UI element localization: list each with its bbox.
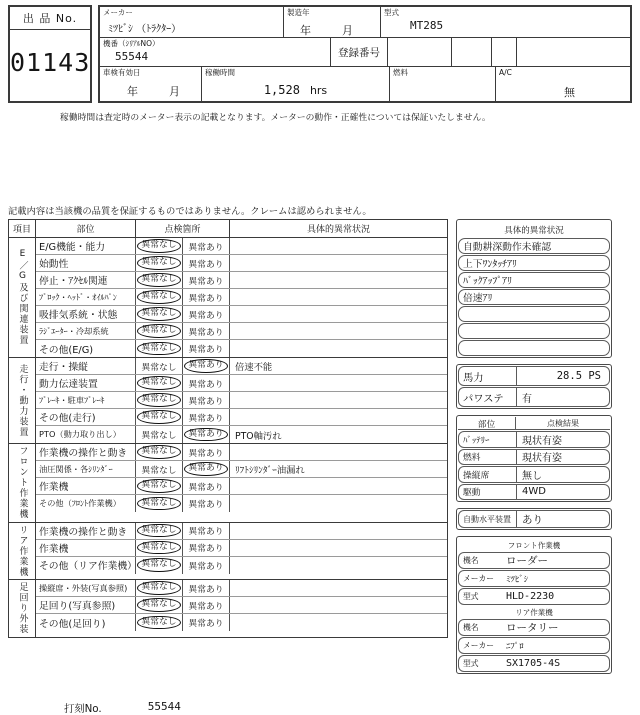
section-item-label: フロント作業機 (9, 444, 36, 522)
header-item: 項目 (9, 220, 36, 237)
ng-mark: 異常あり (185, 446, 226, 459)
inspection-row: 始動性異常なし異常あり (36, 255, 447, 272)
ng-mark: 異常あり (185, 308, 226, 321)
ok-mark: 異常なし (137, 524, 180, 538)
ok-mark: 異常なし (137, 307, 180, 321)
lv-label: 駆動 (459, 485, 517, 500)
ng-cell: 異常あり (183, 614, 230, 631)
inspection-row: PTO（動力取り出し）異常なし異常ありPTO軸汚れ (36, 426, 447, 443)
machine-info-table: メーカー ﾐﾂﾋﾞｼ （ﾄﾗｸﾀｰ） 製造年 年 月 型式 MT285 機番（ｼ… (98, 5, 632, 103)
section-rows: 作業機の操作と動き異常なし異常あり作業機異常なし異常ありその他（リア作業機）異常… (36, 523, 447, 580)
part-name: その他(足回り) (36, 614, 136, 631)
power-box: 馬力28.5 PSパワステ有 (456, 364, 612, 409)
inspection-row: その他(走行)異常なし異常あり (36, 409, 447, 426)
ok-cell: 異常なし (136, 557, 183, 574)
ok-cell: 異常なし (136, 597, 183, 613)
abnormal-remark (230, 444, 447, 460)
lv-value: ロータリー (501, 620, 609, 635)
ng-cell: 異常あり (183, 272, 230, 288)
ng-mark: 異常あり (185, 411, 226, 424)
main-content: 項目 部位 点検箇所 具体的異常状況 E／G及び関連装置E/G機能・能力異常なし… (8, 219, 632, 674)
operating-hours-value: 1,528hrs (205, 83, 386, 97)
fuel-label: 燃料 (393, 68, 492, 77)
ng-cell: 異常あり (183, 323, 230, 339)
ac-value: 無 (499, 84, 627, 100)
part-name: その他（リア作業機） (36, 557, 136, 574)
ok-mark: 異常なし (137, 616, 180, 630)
lv-label: メーカー (459, 638, 501, 653)
ng-cell: 異常あり (183, 557, 230, 574)
ok-mark: 異常なし (137, 479, 180, 493)
ng-cell: 異常あり (183, 306, 230, 322)
manufacture-year-cell: 製造年 年 月 (284, 7, 381, 37)
check-result-header: 部位 点検結果 (458, 417, 610, 430)
meter-note: 稼働時間は査定時のメーター表示の記載となります。メーターの動作・正確性については… (60, 110, 632, 123)
abnormal-remark: PTO軸汚れ (230, 426, 447, 443)
inspection-expiry-cell: 車検有効日 年 月 (100, 67, 202, 101)
lv-value: ﾐﾂﾋﾞｼ (501, 571, 609, 586)
lv-value: ローダー (501, 553, 609, 568)
rear-implement-title: リア作業機 (458, 605, 610, 619)
section-item-label: 足回り外装 (9, 580, 36, 637)
ng-mark: 異常あり (185, 377, 226, 390)
check-result-header-label: 点検結果 (516, 417, 610, 429)
manufacture-year-value: 年 月 (287, 22, 377, 37)
ok-mark: 異常なし (137, 273, 180, 287)
inspection-row: 走行・操縦異常なし異常あり倍速不能 (36, 358, 447, 375)
maker-label: メーカー (103, 8, 280, 17)
abnormal-status-box: 具体的異常状況 自動耕深動作未確認上下ﾜﾝﾀｯﾁｱﾘﾊﾞｯｸｱｯﾌﾟｱﾘ倍速ｱﾘ (456, 219, 612, 358)
inspection-row: 作業機の操作と動き異常なし異常あり (36, 523, 447, 540)
part-name: その他(E/G) (36, 340, 136, 357)
ok-cell: 異常なし (136, 495, 183, 512)
ng-mark: 異常あり (185, 541, 226, 554)
section-rows: 作業機の操作と動き異常なし異常あり油圧関係・各ｼﾘﾝﾀﾞｰ異常なし異常ありﾘﾌﾄ… (36, 444, 447, 522)
inspection-row: 足回り(写真参照)異常なし異常あり (36, 597, 447, 614)
ng-cell: 異常あり (183, 478, 230, 494)
ng-cell: 異常あり (183, 444, 230, 460)
inspection-row: 停止・ｱｸｾﾙ関連異常なし異常あり (36, 272, 447, 289)
lv-row: 馬力28.5 PS (458, 366, 610, 386)
inspection-row: 動力伝達装置異常なし異常あり (36, 375, 447, 392)
header-detail: 具体的異常状況 (230, 220, 447, 237)
lv-row: 機名ロータリー (458, 619, 610, 636)
registration-no-cell: 登録番号 (331, 38, 388, 66)
lv-row: メーカーﾆﾌﾟﾛ (458, 637, 610, 654)
serial-no-label: 機番（ｼﾘｱﾙNO） (103, 39, 327, 48)
abnormal-remark (230, 495, 447, 512)
lv-row: ﾊﾞｯﾃﾘｰ現状有姿 (458, 431, 610, 448)
hours-number: 1,528 (264, 83, 300, 97)
ng-mark: 異常あり (184, 428, 227, 442)
registration-no-label: 登録番号 (338, 45, 380, 60)
part-name: PTO（動力取り出し） (36, 426, 136, 443)
header-point: 点検箇所 (136, 220, 230, 237)
abnormal-remark (230, 523, 447, 539)
ok-cell: 異常なし (136, 255, 183, 271)
model-label: 型式 (384, 8, 627, 17)
ok-cell: 異常なし (136, 306, 183, 322)
ng-cell: 異常あり (183, 255, 230, 271)
part-name: 操縦席・外装(写真参照) (36, 580, 136, 596)
lv-label: 型式 (459, 589, 501, 604)
lv-row: 駆動4WD (458, 484, 610, 501)
abnormal-remark (230, 557, 447, 574)
ok-cell: 異常なし (136, 409, 183, 425)
ok-mark: 異常なし (137, 541, 180, 555)
part-name: 作業機 (36, 478, 136, 494)
ok-mark: 異常なし (137, 256, 180, 270)
power-rows: 馬力28.5 PSパワステ有 (458, 366, 610, 407)
section-item-label: E／G及び関連装置 (9, 238, 36, 357)
implement-box: フロント作業機 機名ローダーメーカーﾐﾂﾋﾞｼ型式HLD-2230 リア作業機 … (456, 536, 612, 674)
ng-mark: 異常あり (185, 257, 226, 270)
abnormal-remark: ﾘﾌﾄｼﾘﾝﾀﾞｰ油漏れ (230, 461, 447, 477)
lv-value: 現状有姿 (517, 450, 609, 465)
ng-cell: 異常あり (183, 495, 230, 512)
operating-hours-label: 稼働時間 (205, 68, 386, 77)
lv-label: ﾊﾞｯﾃﾘｰ (459, 432, 517, 447)
inspection-row: その他(足回り)異常なし異常あり (36, 614, 447, 631)
abnormal-remark (230, 306, 447, 322)
inspection-section: リア作業機作業機の操作と動き異常なし異常あり作業機異常なし異常ありその他（リア作… (9, 523, 447, 581)
ok-mark: 異常なし (138, 360, 179, 373)
ok-cell: 異常なし (136, 375, 183, 391)
abnormal-item: ﾊﾞｯｸｱｯﾌﾟｱﾘ (458, 272, 610, 288)
inspection-section: フロント作業機作業機の操作と動き異常なし異常あり油圧関係・各ｼﾘﾝﾀﾞｰ異常なし… (9, 444, 447, 523)
stamp-no-value: 55544 (148, 700, 181, 715)
lv-label: パワステ (459, 388, 517, 406)
inspection-row: 作業機異常なし異常あり (36, 478, 447, 495)
ng-cell: 異常あり (183, 375, 230, 391)
lv-row: パワステ有 (458, 387, 610, 407)
ok-mark: 異常なし (137, 581, 180, 595)
inspection-row: ﾌﾞﾛｯｸ・ﾍｯﾄﾞ・ｵｲﾙﾊﾟﾝ異常なし異常あり (36, 289, 447, 306)
ok-cell: 異常なし (136, 289, 183, 305)
inspection-row: その他（ﾌﾛﾝﾄ作業機）異常なし異常あり (36, 495, 447, 512)
ok-mark: 異常なし (137, 376, 180, 390)
lv-value: 28.5 PS (517, 367, 609, 385)
lv-label: メーカー (459, 571, 501, 586)
ng-cell: 異常あり (183, 540, 230, 556)
ng-mark: 異常あり (185, 342, 226, 355)
serial-no-cell: 機番（ｼﾘｱﾙNO） 55544 (100, 38, 331, 66)
ng-mark: 異常あり (185, 240, 226, 253)
inspection-row: E/G機能・能力異常なし異常あり (36, 238, 447, 255)
ok-cell: 異常なし (136, 272, 183, 288)
lv-label: 馬力 (459, 367, 517, 385)
ng-cell: 異常あり (183, 238, 230, 254)
lv-label: 型式 (459, 656, 501, 671)
abnormal-remark: 倍速不能 (230, 358, 447, 374)
inspection-row: その他(E/G)異常なし異常あり (36, 340, 447, 357)
part-name: 作業機の操作と動き (36, 444, 136, 460)
part-name: ﾗｼﾞｴｰﾀｰ・冷却系統 (36, 323, 136, 339)
info-row-3: 車検有効日 年 月 稼働時間 1,528hrs 燃料 A/C 無 (100, 67, 630, 101)
empty-cell (388, 38, 452, 66)
part-name: ﾌﾞﾚｰｷ・駐車ﾌﾞﾚｰｷ (36, 392, 136, 408)
ok-mark: 異常なし (137, 342, 180, 356)
part-name: 油圧関係・各ｼﾘﾝﾀﾞｰ (36, 461, 136, 477)
empty-cell (517, 38, 630, 66)
maker-cell: メーカー ﾐﾂﾋﾞｼ （ﾄﾗｸﾀｰ） (100, 7, 284, 37)
lv-row: 操縦席無し (458, 466, 610, 483)
inspection-section: 走行・動力装置走行・操縦異常なし異常あり倍速不能動力伝達装置異常なし異常ありﾌﾞ… (9, 358, 447, 444)
abnormal-item (458, 323, 610, 339)
section-rows: 操縦席・外装(写真参照)異常なし異常あり足回り(写真参照)異常なし異常ありその他… (36, 580, 447, 637)
stamp-no-section: 打刻No. 55544 (64, 700, 632, 715)
ng-mark: 異常あり (185, 497, 226, 510)
ok-mark: 異常なし (137, 239, 180, 253)
serial-no-value: 55544 (115, 50, 327, 63)
section-item-label: 走行・動力装置 (9, 358, 36, 443)
manufacture-year-label: 製造年 (287, 8, 377, 17)
ng-mark: 異常あり (185, 524, 226, 537)
inspection-expiry-label: 車検有効日 (103, 68, 198, 77)
inspection-row: ﾗｼﾞｴｰﾀｰ・冷却系統異常なし異常あり (36, 323, 447, 340)
abnormal-remark (230, 255, 447, 271)
inspection-row: ﾌﾞﾚｰｷ・駐車ﾌﾞﾚｰｷ異常なし異常あり (36, 392, 447, 409)
lv-label: 操縦席 (459, 467, 517, 482)
ng-cell: 異常あり (183, 340, 230, 357)
abnormal-item: 上下ﾜﾝﾀｯﾁｱﾘ (458, 255, 610, 271)
part-name: 動力伝達装置 (36, 375, 136, 391)
disclaimer-note: 記載内容は当該機の品質を保証するものではありません。クレームは認められません。 (8, 203, 632, 217)
ok-mark: 異常なし (137, 497, 180, 511)
part-name: 作業機 (36, 540, 136, 556)
ng-cell: 異常あり (183, 358, 230, 374)
inspection-row: 作業機異常なし異常あり (36, 540, 447, 557)
ok-mark: 異常なし (137, 598, 180, 612)
abnormal-status-list: 自動耕深動作未確認上下ﾜﾝﾀｯﾁｱﾘﾊﾞｯｸｱｯﾌﾟｱﾘ倍速ｱﾘ (458, 238, 610, 356)
abnormal-remark (230, 392, 447, 408)
ng-mark: 異常あり (185, 582, 226, 595)
operating-hours-cell: 稼働時間 1,528hrs (202, 67, 390, 101)
lv-row: 機名ローダー (458, 552, 610, 569)
auto-leveling-box: 自動水平装置 あり (456, 508, 612, 530)
ok-mark: 異常なし (137, 410, 180, 424)
abnormal-remark (230, 340, 447, 357)
lv-row: メーカーﾐﾂﾋﾞｼ (458, 570, 610, 587)
ng-cell: 異常あり (183, 426, 230, 443)
ng-cell: 異常あり (183, 523, 230, 539)
ng-mark: 異常あり (185, 325, 226, 338)
inspection-row: 操縦席・外装(写真参照)異常なし異常あり (36, 580, 447, 597)
ok-mark: 異常なし (137, 558, 180, 572)
ng-mark: 異常あり (185, 559, 226, 572)
auto-leveling-row: 自動水平装置 あり (458, 510, 610, 528)
section-item-label: リア作業機 (9, 523, 36, 580)
lv-label: 機名 (459, 620, 501, 635)
ng-mark: 異常あり (185, 291, 226, 304)
ok-mark: 異常なし (138, 428, 179, 441)
ac-cell: A/C 無 (496, 67, 630, 101)
lv-value: 4WD (517, 485, 609, 500)
header-part: 部位 (36, 220, 136, 237)
abnormal-item: 倍速ｱﾘ (458, 289, 610, 305)
lv-label: 機名 (459, 553, 501, 568)
part-name: 始動性 (36, 255, 136, 271)
ok-cell: 異常なし (136, 323, 183, 339)
lv-value: 有 (517, 388, 609, 406)
ng-cell: 異常あり (183, 289, 230, 305)
ok-cell: 異常なし (136, 238, 183, 254)
ok-cell: 異常なし (136, 444, 183, 460)
ok-mark: 異常なし (137, 324, 180, 338)
header-section: 出 品 No. 01143 メーカー ﾐﾂﾋﾞｼ （ﾄﾗｸﾀｰ） 製造年 年 月… (8, 5, 632, 103)
front-implement-rows: 機名ローダーメーカーﾐﾂﾋﾞｼ型式HLD-2230 (458, 552, 610, 605)
part-name: ﾌﾞﾛｯｸ・ﾍｯﾄﾞ・ｵｲﾙﾊﾟﾝ (36, 289, 136, 305)
ng-cell: 異常あり (183, 409, 230, 425)
inspection-table-header: 項目 部位 点検箇所 具体的異常状況 (9, 220, 447, 238)
inspection-section: E／G及び関連装置E/G機能・能力異常なし異常あり始動性異常なし異常あり停止・ｱ… (9, 238, 447, 358)
abnormal-remark (230, 289, 447, 305)
inspection-section: 足回り外装操縦席・外装(写真参照)異常なし異常あり足回り(写真参照)異常なし異常… (9, 580, 447, 637)
stamp-no-label: 打刻No. (64, 700, 102, 715)
abnormal-remark (230, 238, 447, 254)
ok-mark: 異常なし (137, 445, 180, 459)
check-result-box: 部位 点検結果 ﾊﾞｯﾃﾘｰ現状有姿燃料現状有姿操縦席無し駆動4WD (456, 415, 612, 502)
auto-leveling-value: あり (517, 511, 609, 527)
maker-value: ﾐﾂﾋﾞｼ （ﾄﾗｸﾀｰ） (108, 20, 280, 35)
ok-cell: 異常なし (136, 523, 183, 539)
ng-mark: 異常あり (184, 359, 227, 373)
abnormal-remark (230, 323, 447, 339)
ok-cell: 異常なし (136, 392, 183, 408)
check-rows: ﾊﾞｯﾃﾘｰ現状有姿燃料現状有姿操縦席無し駆動4WD (458, 431, 610, 500)
inspection-expiry-value: 年 月 (103, 83, 198, 99)
ac-label: A/C (499, 68, 627, 77)
empty-cell (452, 38, 492, 66)
ng-mark: 異常あり (185, 480, 226, 493)
inspection-row: 油圧関係・各ｼﾘﾝﾀﾞｰ異常なし異常ありﾘﾌﾄｼﾘﾝﾀﾞｰ油漏れ (36, 461, 447, 478)
ok-cell: 異常なし (136, 580, 183, 596)
inspection-row: 作業機の操作と動き異常なし異常あり (36, 444, 447, 461)
ok-cell: 異常なし (136, 340, 183, 357)
ok-cell: 異常なし (136, 461, 183, 477)
inspection-sections: E／G及び関連装置E/G機能・能力異常なし異常あり始動性異常なし異常あり停止・ｱ… (9, 238, 447, 637)
ok-mark: 異常なし (137, 393, 180, 407)
ok-mark: 異常なし (137, 290, 180, 304)
ok-cell: 異常なし (136, 426, 183, 443)
part-name: 停止・ｱｸｾﾙ関連 (36, 272, 136, 288)
ng-mark: 異常あり (185, 274, 226, 287)
part-name: 足回り(写真参照) (36, 597, 136, 613)
model-cell: 型式 MT285 (381, 7, 630, 37)
front-implement-title: フロント作業機 (458, 538, 610, 552)
ng-mark: 異常あり (184, 462, 227, 476)
rear-implement-rows: 機名ロータリーメーカーﾆﾌﾟﾛ型式SX1705-4S (458, 619, 610, 672)
ok-cell: 異常なし (136, 540, 183, 556)
ng-mark: 異常あり (185, 599, 226, 612)
model-value: MT285 (410, 19, 627, 32)
check-part-header: 部位 (458, 417, 516, 429)
auction-inspection-sheet: 出 品 No. 01143 メーカー ﾐﾂﾋﾞｼ （ﾄﾗｸﾀｰ） 製造年 年 月… (0, 0, 640, 680)
part-name: 作業機の操作と動き (36, 523, 136, 539)
fuel-cell: 燃料 (390, 67, 496, 101)
lv-value: SX1705-4S (501, 656, 609, 671)
ng-cell: 異常あり (183, 392, 230, 408)
abnormal-remark (230, 478, 447, 494)
ng-cell: 異常あり (183, 461, 230, 477)
right-panel: 具体的異常状況 自動耕深動作未確認上下ﾜﾝﾀｯﾁｱﾘﾊﾞｯｸｱｯﾌﾟｱﾘ倍速ｱﾘ… (456, 219, 612, 674)
abnormal-item (458, 306, 610, 322)
lv-value: HLD-2230 (501, 589, 609, 604)
exhibit-no-box: 出 品 No. 01143 (8, 5, 92, 103)
lv-value: ﾆﾌﾟﾛ (501, 638, 609, 653)
ng-mark: 異常あり (185, 616, 226, 629)
inspection-row: 吸排気系統・状態異常なし異常あり (36, 306, 447, 323)
abnormal-remark (230, 272, 447, 288)
inspection-table: 項目 部位 点検箇所 具体的異常状況 E／G及び関連装置E/G機能・能力異常なし… (8, 219, 448, 638)
abnormal-item: 自動耕深動作未確認 (458, 238, 610, 254)
auto-leveling-label: 自動水平装置 (459, 511, 517, 527)
inspection-row: その他（リア作業機）異常なし異常あり (36, 557, 447, 574)
ok-mark: 異常なし (138, 463, 179, 476)
part-name: 吸排気系統・状態 (36, 306, 136, 322)
ng-mark: 異常あり (185, 394, 226, 407)
ng-cell: 異常あり (183, 580, 230, 596)
lv-value: 無し (517, 467, 609, 482)
abnormal-remark (230, 580, 447, 596)
lv-value: 現状有姿 (517, 432, 609, 447)
ok-cell: 異常なし (136, 358, 183, 374)
lv-row: 型式HLD-2230 (458, 588, 610, 605)
lv-row: 燃料現状有姿 (458, 449, 610, 466)
exhibit-no-label: 出 品 No. (10, 7, 90, 30)
info-row-1: メーカー ﾐﾂﾋﾞｼ （ﾄﾗｸﾀｰ） 製造年 年 月 型式 MT285 (100, 7, 630, 38)
lv-row: 型式SX1705-4S (458, 655, 610, 672)
abnormal-remark (230, 409, 447, 425)
part-name: その他(走行) (36, 409, 136, 425)
abnormal-item (458, 340, 610, 356)
part-name: その他（ﾌﾛﾝﾄ作業機） (36, 495, 136, 512)
ok-cell: 異常なし (136, 478, 183, 494)
lv-label: 燃料 (459, 450, 517, 465)
part-name: 走行・操縦 (36, 358, 136, 374)
part-name: E/G機能・能力 (36, 238, 136, 254)
abnormal-status-title: 具体的異常状況 (458, 221, 610, 238)
empty-cell (492, 38, 517, 66)
abnormal-remark (230, 375, 447, 391)
abnormal-remark (230, 614, 447, 631)
section-rows: E/G機能・能力異常なし異常あり始動性異常なし異常あり停止・ｱｸｾﾙ関連異常なし… (36, 238, 447, 357)
ng-cell: 異常あり (183, 597, 230, 613)
section-rows: 走行・操縦異常なし異常あり倍速不能動力伝達装置異常なし異常ありﾌﾞﾚｰｷ・駐車ﾌ… (36, 358, 447, 443)
abnormal-remark (230, 540, 447, 556)
ok-cell: 異常なし (136, 614, 183, 631)
abnormal-remark (230, 597, 447, 613)
exhibit-no-value: 01143 (10, 48, 90, 77)
info-row-2: 機番（ｼﾘｱﾙNO） 55544 登録番号 (100, 38, 630, 67)
hours-unit: hrs (310, 84, 327, 97)
